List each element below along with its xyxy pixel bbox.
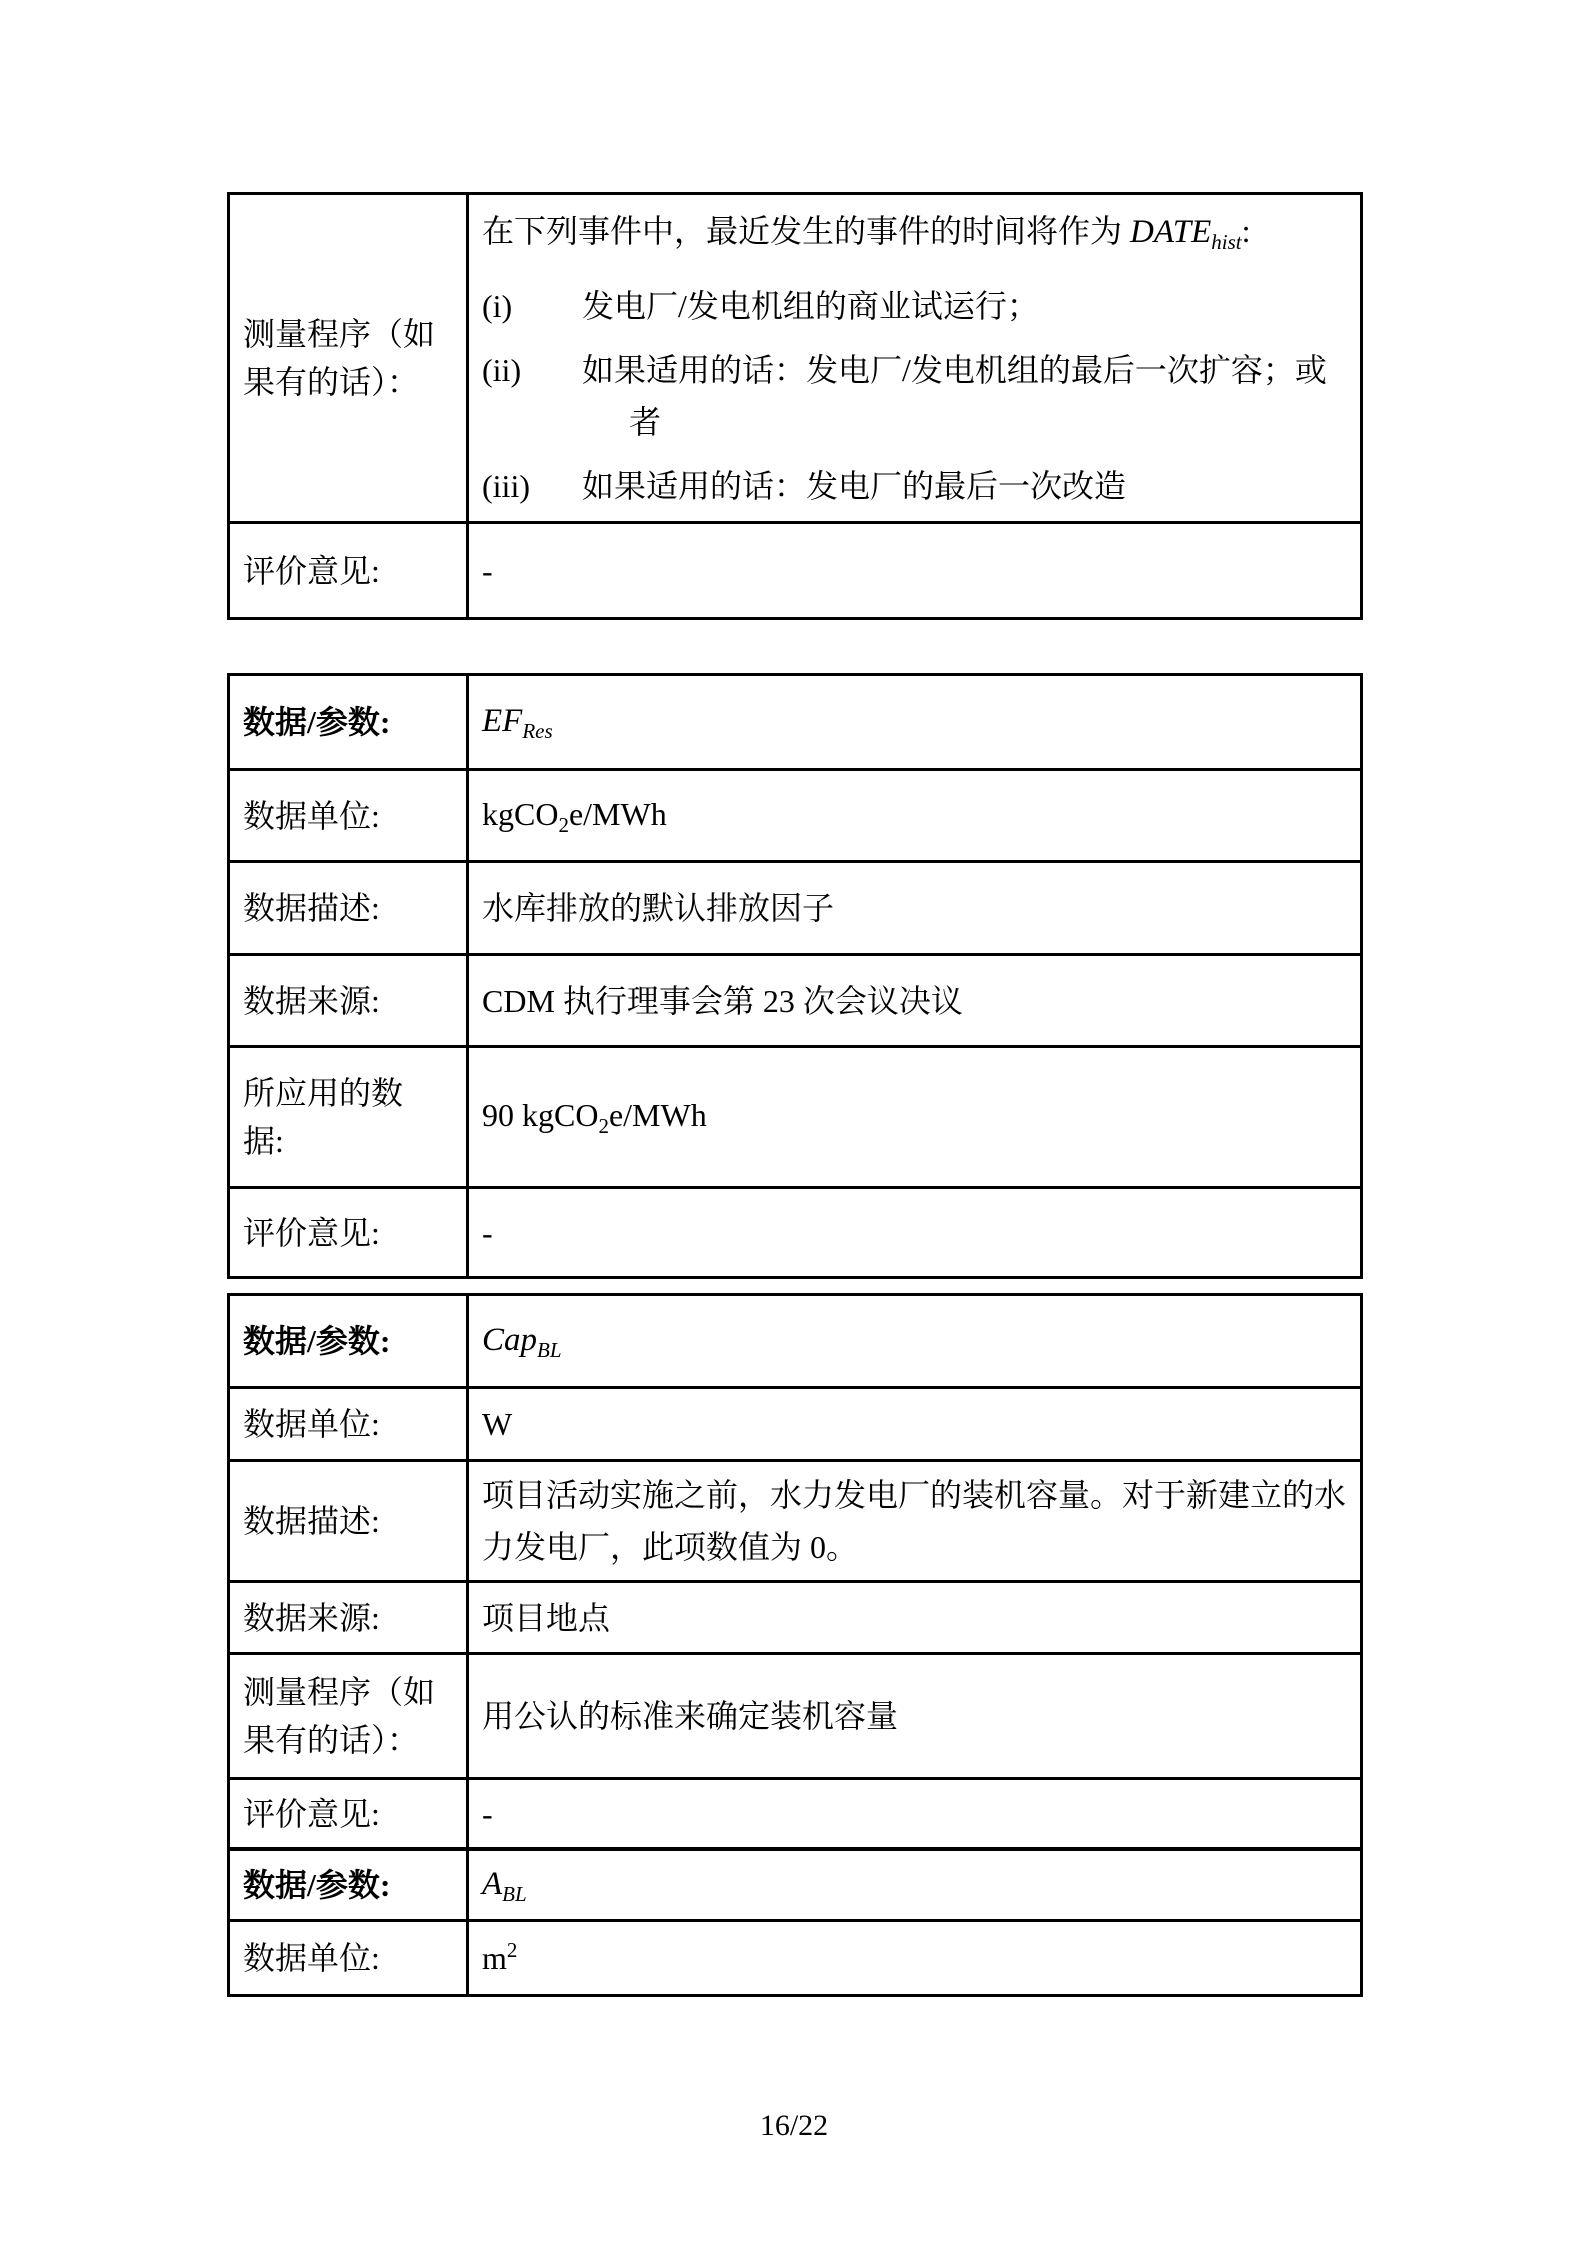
comment-value: - xyxy=(482,553,493,589)
source-label: 数据来源: xyxy=(243,1600,380,1636)
param-value-cell: CapBL xyxy=(468,1295,1362,1388)
table-row: 评价意见: - xyxy=(229,1188,1362,1278)
parameter-table-capbl: 数据/参数: CapBL 数据单位: W 数据描述: 项目活动实施之前，水力发电… xyxy=(227,1293,1363,1851)
param-label: 数据/参数: xyxy=(243,704,391,740)
desc-label: 数据描述: xyxy=(243,890,380,926)
list-item-line: 如果适用的话：发电厂的最后一次改造 xyxy=(582,468,1126,504)
source-label: 数据来源: xyxy=(243,983,380,1019)
parameter-table-efres: 数据/参数: EFRes 数据单位: kgCO2e/MWh 数据描述: 水库排放… xyxy=(227,673,1363,1279)
list-marker: (ii) xyxy=(482,344,582,448)
intro-colon: : xyxy=(1242,213,1251,249)
row-label-cell: 数据单位: xyxy=(229,1921,468,1996)
procedure-label: 测量程序（如 果有的话）： xyxy=(243,1668,435,1764)
document-page: 测量程序（如 果有的话）： 在下列事件中，最近发生的事件的时间将作为 DATEh… xyxy=(0,0,1588,2245)
parameter-table-abl: 数据/参数: ABL 数据单位: m2 xyxy=(227,1847,1363,1997)
unit-base: m xyxy=(482,1940,507,1976)
row-label-cell: 数据描述: xyxy=(229,1461,468,1582)
list-item: (ii) 如果适用的话：发电厂/发电机组的最后一次扩容；或 者 xyxy=(482,344,1348,448)
row-label-cell: 数据单位: xyxy=(229,1388,468,1461)
unit-post: e/MWh xyxy=(569,796,667,832)
list-item-text: 如果适用的话：发电厂的最后一次改造 xyxy=(582,460,1348,512)
unit-value-cell: m2 xyxy=(468,1921,1362,1996)
unit-superscript: 2 xyxy=(507,1938,518,1962)
applied-pre: 90 kgCO xyxy=(482,1097,598,1133)
param-label: 数据/参数: xyxy=(243,1323,391,1359)
list-item-text: 如果适用的话：发电厂/发电机组的最后一次扩容；或 者 xyxy=(582,344,1348,448)
list-item-line: 如果适用的话：发电厂/发电机组的最后一次扩容；或 xyxy=(582,352,1327,388)
row-label-cell: 数据/参数: xyxy=(229,675,468,770)
list-item-line: 发电厂/发电机组的商业试运行； xyxy=(582,288,1039,324)
row-label-cell: 数据/参数: xyxy=(229,1295,468,1388)
applied-post: e/MWh xyxy=(609,1097,707,1133)
list-item: (iii) 如果适用的话：发电厂的最后一次改造 xyxy=(482,460,1348,512)
table-row: 所应用的数 据: 90 kgCO2e/MWh xyxy=(229,1047,1362,1188)
table-row: 测量程序（如 果有的话）： 在下列事件中，最近发生的事件的时间将作为 DATEh… xyxy=(229,194,1362,523)
source-value-cell: CDM 执行理事会第 23 次会议决议 xyxy=(468,955,1362,1047)
list-marker: (i) xyxy=(482,280,582,332)
row-label-cell: 评价意见: xyxy=(229,523,468,619)
param-subscript: BL xyxy=(502,1882,527,1906)
table-row: 数据描述: 水库排放的默认排放因子 xyxy=(229,862,1362,955)
comment-label: 评价意见: xyxy=(243,1796,380,1832)
source-value: 项目地点 xyxy=(482,1600,610,1636)
param-label: 数据/参数: xyxy=(243,1867,391,1903)
param-subscript: BL xyxy=(537,1338,562,1362)
row-label-cell: 数据来源: xyxy=(229,1582,468,1654)
procedure-content-cell: 在下列事件中，最近发生的事件的时间将作为 DATEhist: (i) 发电厂/发… xyxy=(468,194,1362,523)
table-row: 数据/参数: CapBL xyxy=(229,1295,1362,1388)
desc-value: 水库排放的默认排放因子 xyxy=(482,890,834,926)
param-name: Cap xyxy=(482,1322,537,1358)
list-item-text: 发电厂/发电机组的商业试运行； xyxy=(582,280,1348,332)
list-marker: (iii) xyxy=(482,460,582,512)
unit-label: 数据单位: xyxy=(243,1940,380,1976)
applied-subscript: 2 xyxy=(598,1114,609,1138)
procedure-intro: 在下列事件中，最近发生的事件的时间将作为 DATEhist: xyxy=(482,205,1348,268)
list-item-wrap: 者 xyxy=(629,396,1348,448)
desc-value: 项目活动实施之前，水力发电厂的装机容量。对于新建立的水力发电厂，此项数值为 0。 xyxy=(482,1477,1346,1565)
table-row: 数据/参数: EFRes xyxy=(229,675,1362,770)
desc-label: 数据描述: xyxy=(243,1503,380,1539)
source-value-cell: 项目地点 xyxy=(468,1582,1362,1654)
page-number: 16/22 xyxy=(0,2103,1588,2148)
source-value: CDM 执行理事会第 23 次会议决议 xyxy=(482,983,963,1019)
comment-value-cell: - xyxy=(468,523,1362,619)
table-row: 评价意见: - xyxy=(229,523,1362,619)
comment-value-cell: - xyxy=(468,1188,1362,1278)
applied-value-cell: 90 kgCO2e/MWh xyxy=(468,1047,1362,1188)
procedure-value: 用公认的标准来确定装机容量 xyxy=(482,1698,898,1734)
table-row: 数据/参数: ABL xyxy=(229,1849,1362,1921)
param-name: A xyxy=(482,1866,502,1902)
param-subscript: Res xyxy=(522,719,552,743)
table-row: 数据来源: 项目地点 xyxy=(229,1582,1362,1654)
table-row: 评价意见: - xyxy=(229,1779,1362,1850)
table-row: 数据单位: kgCO2e/MWh xyxy=(229,770,1362,862)
date-param-subscript: hist xyxy=(1211,230,1241,254)
table-row: 测量程序（如 果有的话）： 用公认的标准来确定装机容量 xyxy=(229,1654,1362,1779)
procedure-value-cell: 用公认的标准来确定装机容量 xyxy=(468,1654,1362,1779)
table-row: 数据单位: W xyxy=(229,1388,1362,1461)
row-label-cell: 数据单位: xyxy=(229,770,468,862)
comment-label: 评价意见: xyxy=(243,1215,380,1251)
comment-label: 评价意见: xyxy=(243,553,380,589)
param-value-cell: EFRes xyxy=(468,675,1362,770)
comment-value: - xyxy=(482,1796,493,1832)
row-label-cell: 测量程序（如 果有的话）： xyxy=(229,194,468,523)
row-label-cell: 所应用的数 据: xyxy=(229,1047,468,1188)
intro-text: 在下列事件中，最近发生的事件的时间将作为 xyxy=(482,213,1130,249)
unit-value-cell: kgCO2e/MWh xyxy=(468,770,1362,862)
unit-label: 数据单位: xyxy=(243,1406,380,1442)
row-label-cell: 评价意见: xyxy=(229,1779,468,1850)
param-name: EF xyxy=(482,703,522,739)
comment-value: - xyxy=(482,1215,493,1251)
table-row: 数据描述: 项目活动实施之前，水力发电厂的装机容量。对于新建立的水力发电厂，此项… xyxy=(229,1461,1362,1582)
unit-pre: kgCO xyxy=(482,796,558,832)
row-label-cell: 数据描述: xyxy=(229,862,468,955)
row-label-cell: 测量程序（如 果有的话）： xyxy=(229,1654,468,1779)
unit-value-cell: W xyxy=(468,1388,1362,1461)
table-row: 数据单位: m2 xyxy=(229,1921,1362,1996)
list-item: (i) 发电厂/发电机组的商业试运行； xyxy=(482,280,1348,332)
table-row: 数据来源: CDM 执行理事会第 23 次会议决议 xyxy=(229,955,1362,1047)
unit-subscript: 2 xyxy=(558,813,569,837)
unit-value: W xyxy=(482,1406,512,1442)
unit-label: 数据单位: xyxy=(243,798,380,834)
date-param: DATE xyxy=(1130,214,1211,250)
param-value-cell: ABL xyxy=(468,1849,1362,1921)
desc-value-cell: 水库排放的默认排放因子 xyxy=(468,862,1362,955)
applied-label: 所应用的数 据: xyxy=(243,1069,403,1165)
measurement-procedure-table: 测量程序（如 果有的话）： 在下列事件中，最近发生的事件的时间将作为 DATEh… xyxy=(227,192,1363,620)
procedure-label: 测量程序（如 果有的话）： xyxy=(243,310,435,406)
row-label-cell: 数据/参数: xyxy=(229,1849,468,1921)
row-label-cell: 数据来源: xyxy=(229,955,468,1047)
comment-value-cell: - xyxy=(468,1779,1362,1850)
row-label-cell: 评价意见: xyxy=(229,1188,468,1278)
desc-value-cell: 项目活动实施之前，水力发电厂的装机容量。对于新建立的水力发电厂，此项数值为 0。 xyxy=(468,1461,1362,1582)
